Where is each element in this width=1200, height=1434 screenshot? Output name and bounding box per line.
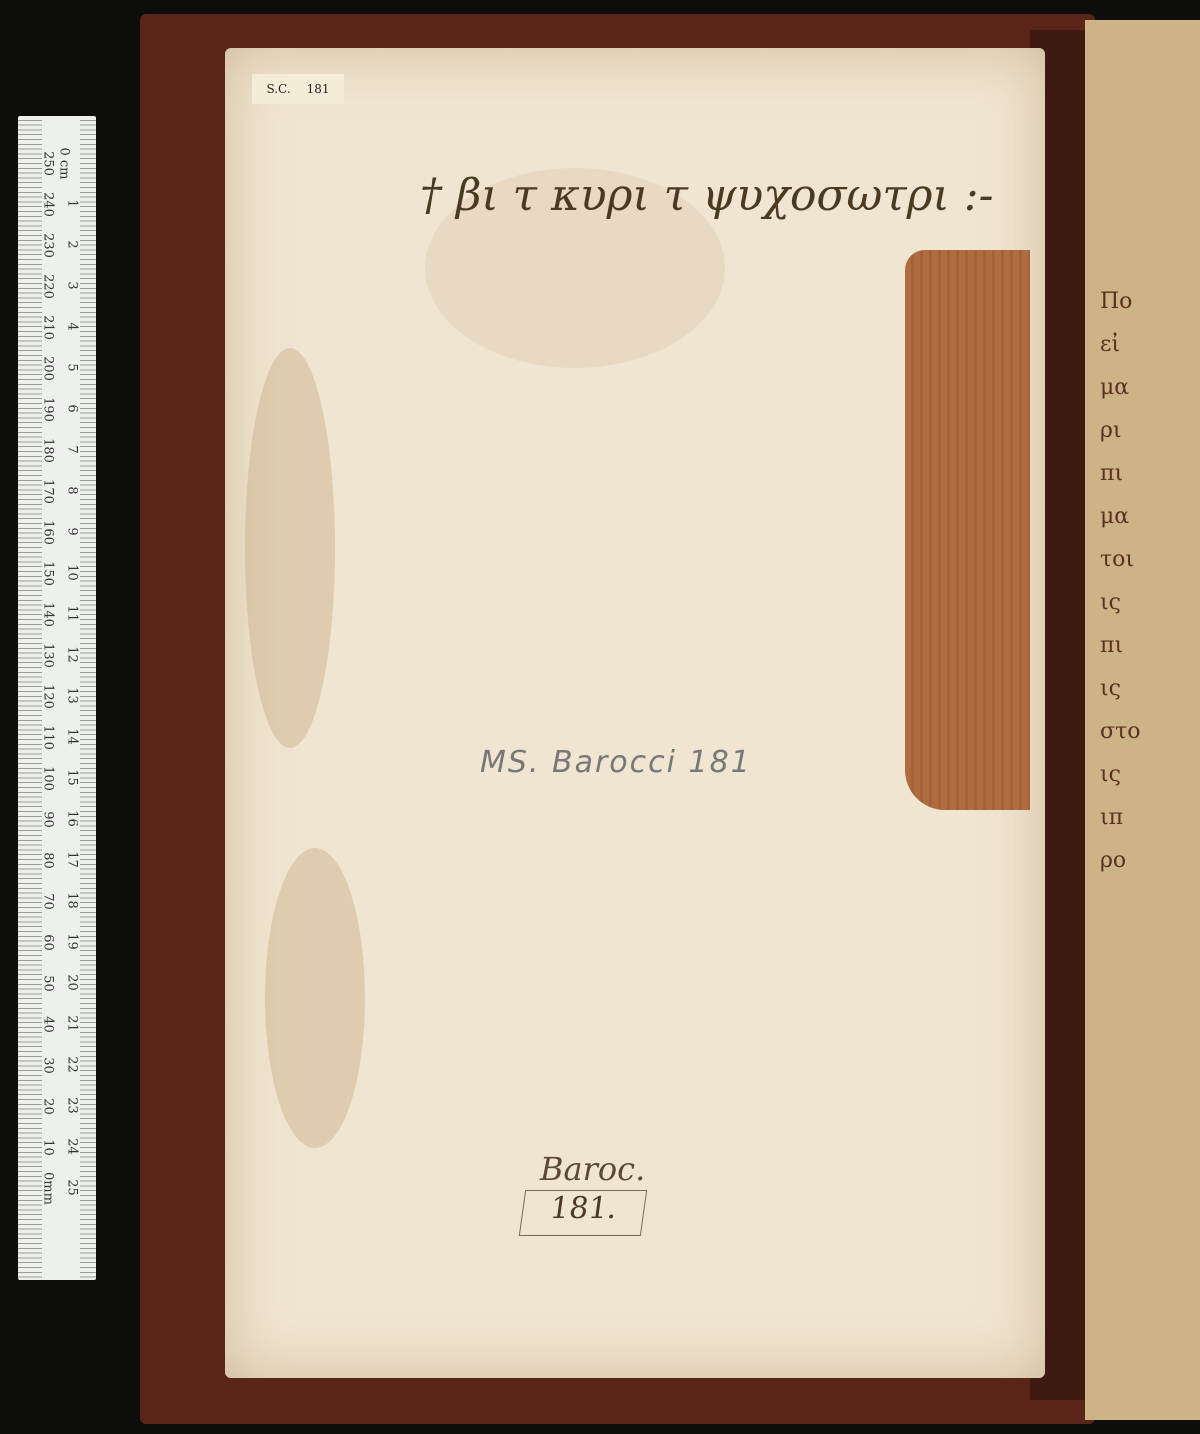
ruler-mm-mark: 180	[41, 431, 56, 471]
ruler-cm-mark: 4	[65, 307, 80, 347]
ruler-mm-mark: 20	[41, 1087, 56, 1127]
old-shelfmark-line2: 181.	[519, 1190, 647, 1236]
ruler-ticks-mm	[18, 116, 42, 1280]
ruler-mm-mark: 210	[41, 308, 56, 348]
ruler-cm-label: 0 cm	[57, 144, 72, 184]
ruler-mm-mark: 140	[41, 595, 56, 635]
ruler-ticks-cm	[80, 116, 96, 1280]
ruler-cm-mark: 7	[65, 430, 80, 470]
ruler-cm-mark: 19	[65, 922, 80, 962]
ruler-mm-mark: 240	[41, 185, 56, 225]
ruler-cm-mark: 3	[65, 266, 80, 306]
label-prefix: S.C.	[266, 82, 290, 96]
ruler-cm-mark: 2	[65, 225, 80, 265]
ruler-mm-mark: 150	[41, 554, 56, 594]
ruler-cm-mark: 20	[65, 963, 80, 1003]
ruler: 0 cm 12345678910111213141516171819202122…	[18, 116, 96, 1280]
ruler-cm-mark: 21	[65, 1004, 80, 1044]
ruler-cm-mark: 15	[65, 758, 80, 798]
folio-text: Πο εἰ μα ρι πι μα τοι ις πι ις στο ις ιπ…	[1100, 280, 1140, 882]
ruler-cm-mark: 23	[65, 1086, 80, 1126]
label-number: 181	[307, 82, 330, 96]
ruler-cm-mark: 5	[65, 348, 80, 388]
ruler-cm-mark: 11	[65, 594, 80, 634]
ruler-cm-mark: 1	[65, 184, 80, 224]
ruler-cm-mark: 16	[65, 799, 80, 839]
ruler-mm-mark: 50	[41, 964, 56, 1004]
shelf-label: S.C. 181	[252, 74, 344, 104]
wooden-board-exposed	[905, 250, 1030, 810]
ruler-cm-mark: 24	[65, 1127, 80, 1167]
ruler-cm-mark: 17	[65, 840, 80, 880]
ruler-mm-mark: 190	[41, 390, 56, 430]
ruler-cm-mark: 22	[65, 1045, 80, 1085]
ruler-cm-mark: 13	[65, 676, 80, 716]
ruler-cm-mark: 25	[65, 1168, 80, 1208]
ruler-mm-mark: 110	[41, 718, 56, 758]
ruler-mm-mark: 130	[41, 636, 56, 676]
ruler-mm-mark: 160	[41, 513, 56, 553]
greek-inscription: † βι τ κυρι τ ψυχοσωτρι :-	[420, 170, 993, 221]
ruler-cm-mark: 8	[65, 471, 80, 511]
ruler-mm-mark: 200	[41, 349, 56, 389]
ruler-mm-mark: 170	[41, 472, 56, 512]
ruler-cm-mark: 14	[65, 717, 80, 757]
ruler-cm-mark: 18	[65, 881, 80, 921]
ruler-mm-mark: 100	[41, 759, 56, 799]
ruler-mm-mark: 30	[41, 1046, 56, 1086]
ruler-mm-mark: 230	[41, 226, 56, 266]
ruler-mm-mark: 120	[41, 677, 56, 717]
ruler-mm-mark: 70	[41, 882, 56, 922]
ruler-mm-mark: 40	[41, 1005, 56, 1045]
ruler-mm-mark: 90	[41, 800, 56, 840]
ruler-mm-mark: 80	[41, 841, 56, 881]
ruler-mm-mark: 220	[41, 267, 56, 307]
ruler-cm-mark: 9	[65, 512, 80, 552]
ruler-cm-mark: 6	[65, 389, 80, 429]
ruler-mm-mark: 10	[41, 1128, 56, 1168]
ruler-cm-mark: 10	[65, 553, 80, 593]
ruler-mm-mark: 60	[41, 923, 56, 963]
ruler-mm-mark: 250	[41, 144, 56, 184]
ruler-cm-mark: 12	[65, 635, 80, 675]
old-shelfmark-line1: Baroc.	[540, 1150, 645, 1188]
shelfmark: MS. Barocci 181	[480, 745, 752, 780]
ruler-mm-mark: 0mm	[41, 1169, 56, 1209]
